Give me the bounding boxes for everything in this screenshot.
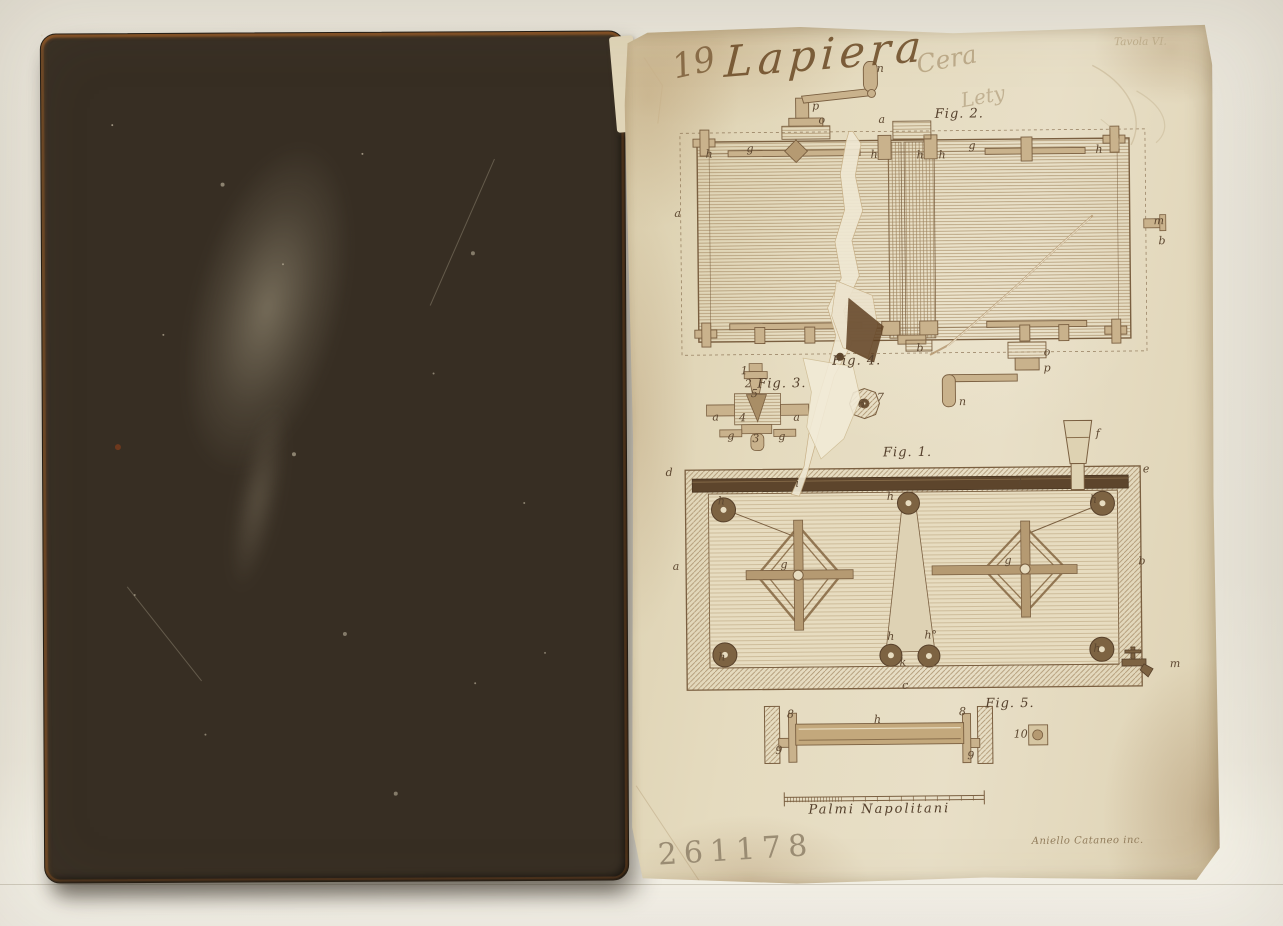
fig2-part-m: m [1153, 214, 1164, 227]
fig5-part-8: 8 [787, 708, 794, 721]
fig1-part-a: a [673, 560, 680, 573]
fig2-part-a: a [674, 207, 681, 220]
fig1-part-g: g [780, 558, 787, 571]
fig1-part-f: f [1096, 427, 1100, 440]
fig2-part-g: g [746, 142, 753, 155]
fig4-label: Fig. 4. [832, 353, 881, 368]
fig3-part-a: a [712, 410, 719, 423]
plate-scratch [430, 159, 495, 306]
fig2-part-o: o [818, 113, 825, 126]
fig2-part-g: g [968, 139, 975, 152]
fig1-part-h°: h° [924, 628, 937, 641]
fig1-part-d: d [666, 466, 673, 479]
fig1-part-g: g [1004, 554, 1011, 567]
backdrop-seam [0, 884, 1283, 885]
fig1-label: Fig. 1. [883, 445, 932, 460]
fig2-part-a: a [878, 113, 885, 126]
fig2-part-p: p [1044, 361, 1051, 374]
fig1-part-h: h [1090, 493, 1097, 506]
engraver-signature: Aniello Cataneo inc. [1032, 835, 1144, 847]
fig1-part-h: h [887, 630, 894, 643]
fig3-part-g: g [727, 429, 734, 442]
plate-scratch [127, 586, 202, 681]
fig3-part-5: 5 [751, 387, 758, 400]
fig1-part-h: h [718, 650, 725, 663]
fig3-part-a: a [793, 411, 800, 424]
fig1-part-h: h [718, 494, 725, 507]
fig1-part-k: k [900, 656, 907, 669]
fig1-part-m: m [1170, 657, 1181, 670]
fig2-part-h: h [1095, 143, 1102, 156]
fig2-part-h: h [871, 148, 878, 161]
fig3-part-g: g [778, 430, 785, 443]
fig3-part-4: 4 [739, 411, 746, 424]
fig1-part-i: i [795, 477, 799, 490]
fig1-part-b: b [1138, 554, 1145, 567]
fig5-part-8: 8 [959, 705, 966, 718]
fig1-part-h: h [1093, 642, 1100, 655]
fig4-part-7: 7 [877, 391, 884, 404]
fig2-part-n: n [959, 395, 966, 408]
fig2-part-b: b [916, 341, 923, 354]
fig2-part-h: h [939, 148, 946, 161]
fig2-part-o: o [1044, 345, 1051, 358]
fig5-part-9: 9 [967, 749, 974, 762]
fig1-part-e: e [1143, 462, 1150, 475]
fig2-part-p: p [812, 99, 819, 112]
copper-plate [40, 30, 629, 883]
fig3-part-1: 1 [741, 364, 748, 377]
plate-number-label: Tavola VI. [1114, 36, 1167, 49]
fig5-label: Fig. 5. [985, 696, 1034, 711]
fig3-part-3: 3 [752, 432, 759, 445]
scale-bar-label: Palmi Napolitani [808, 801, 950, 817]
fig5-part-h: h [874, 713, 881, 726]
fig2-part-b: b [1158, 234, 1165, 247]
fig5-part-9: 9 [775, 744, 782, 757]
fig4-part-6: 6 [858, 397, 865, 410]
fig2-part-h: h [705, 147, 712, 160]
fig5-part-10: 10 [1014, 727, 1028, 740]
fig1-part-l: l [1018, 475, 1022, 488]
plate-specks [41, 35, 43, 37]
fig3-label: Fig. 3. [757, 376, 806, 391]
part-labels-layer: Fig. 2.npoahghhhghambbopnFig. 3.12543aag… [624, 22, 1220, 888]
fig1-part-h: h [887, 490, 894, 503]
fig2-part-h: h [917, 148, 924, 161]
photograph: Fig. 2.npoahghhhghambbopnFig. 3.12543aag… [0, 0, 1283, 926]
print-page: Fig. 2.npoahghhhghambbopnFig. 3.12543aag… [624, 22, 1220, 888]
plate-red-spot [115, 444, 121, 450]
fig1-part-c: c [902, 679, 908, 692]
